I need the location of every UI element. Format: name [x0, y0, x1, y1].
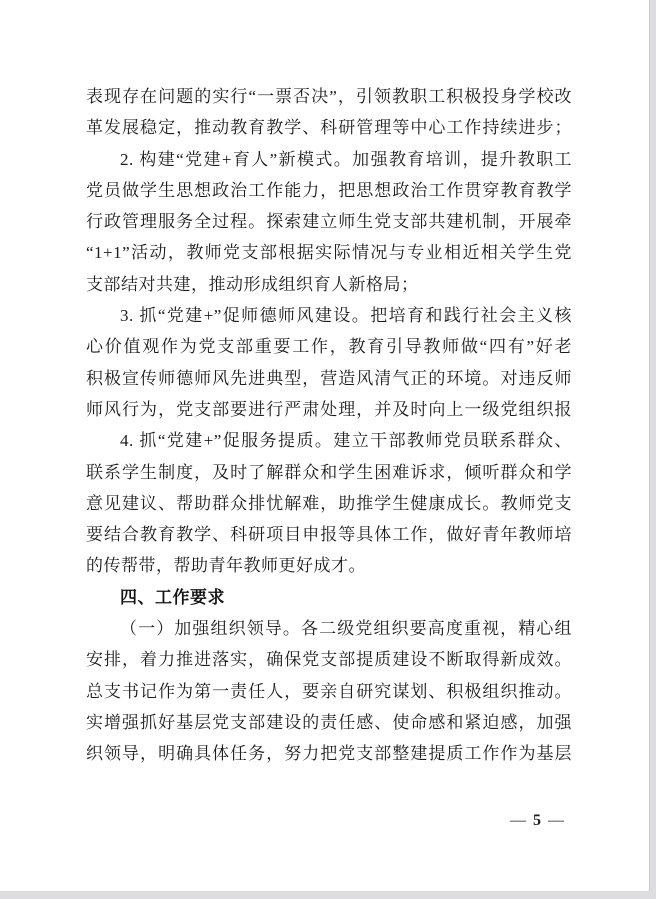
text-line: 表现存在问题的实行“一票否决”，引领教职工积极投身学校改	[86, 81, 572, 112]
text-line: 的传帮带，帮助青年教师更好成才。	[86, 550, 572, 581]
text-line: 要结合教育教学、科研项目申报等具体工作，做好青年教师培养	[86, 519, 572, 550]
page-number-value: 5	[533, 812, 541, 829]
section-heading: 四、工作要求	[86, 582, 572, 613]
text-line: 党员做学生思想政治工作能力，把思想政治工作贯穿教育教学和	[86, 175, 572, 206]
document-body: 表现存在问题的实行“一票否决”，引领教职工积极投身学校改 革发展稳定，推动教育教…	[86, 81, 572, 770]
text-line: 联系学生制度，及时了解群众和学生困难诉求，倾听群众和学生	[86, 457, 572, 488]
text-line: 师风行为，党支部要进行严肃处理，并及时向上一级党组织报告；	[86, 394, 572, 425]
text-line: 4. 抓“党建+”促服务提质。建立干部教师党员联系群众、	[86, 425, 572, 456]
text-line: 意见建议、帮助群众排忧解难，助推学生健康成长。教师党支部	[86, 488, 572, 519]
text-line: 实增强抓好基层党支部建设的责任感、使命感和紧迫感，加强组	[86, 707, 572, 738]
text-line: 积极宣传师德师风先进典型，营造风清气正的环境。对违反师德	[86, 363, 572, 394]
text-line: 2. 构建“党建+育人”新模式。加强教育培训，提升教职工	[86, 144, 572, 175]
text-line: 安排，着力推进落实，确保党支部提质建设不断取得新成效。党	[86, 644, 572, 675]
page-number-left-dash: —	[510, 812, 526, 829]
document-viewer-background: 表现存在问题的实行“一票否决”，引领教职工积极投身学校改 革发展稳定，推动教育教…	[0, 0, 656, 899]
text-line: 织领导，明确具体任务，努力把党支部整建提质工作作为基层党	[86, 738, 572, 769]
text-line: 3. 抓“党建+”促师德师风建设。把培育和践行社会主义核	[86, 300, 572, 331]
page-number-right-dash: —	[548, 812, 564, 829]
text-line: 心价值观作为党支部重要工作，教育引导教师做“四有”好老师。	[86, 331, 572, 362]
text-line: 革发展稳定，推动教育教学、科研管理等中心工作持续进步；	[86, 112, 572, 143]
text-line: 总支书记作为第一责任人，要亲自研究谋划、积极组织推动。切	[86, 676, 572, 707]
text-line: 行政管理服务全过程。探索建立师生党支部共建机制，开展牵手	[86, 206, 572, 237]
page-number: —5—	[510, 812, 564, 830]
text-line: “1+1”活动，教师党支部根据实际情况与专业相近相关学生党	[86, 237, 572, 268]
document-page: 表现存在问题的实行“一票否决”，引领教职工积极投身学校改 革发展稳定，推动教育教…	[0, 0, 650, 891]
text-line: 支部结对共建，推动形成组织育人新格局；	[86, 269, 572, 300]
text-line: （一）加强组织领导。各二级党组织要高度重视，精心组织	[86, 613, 572, 644]
